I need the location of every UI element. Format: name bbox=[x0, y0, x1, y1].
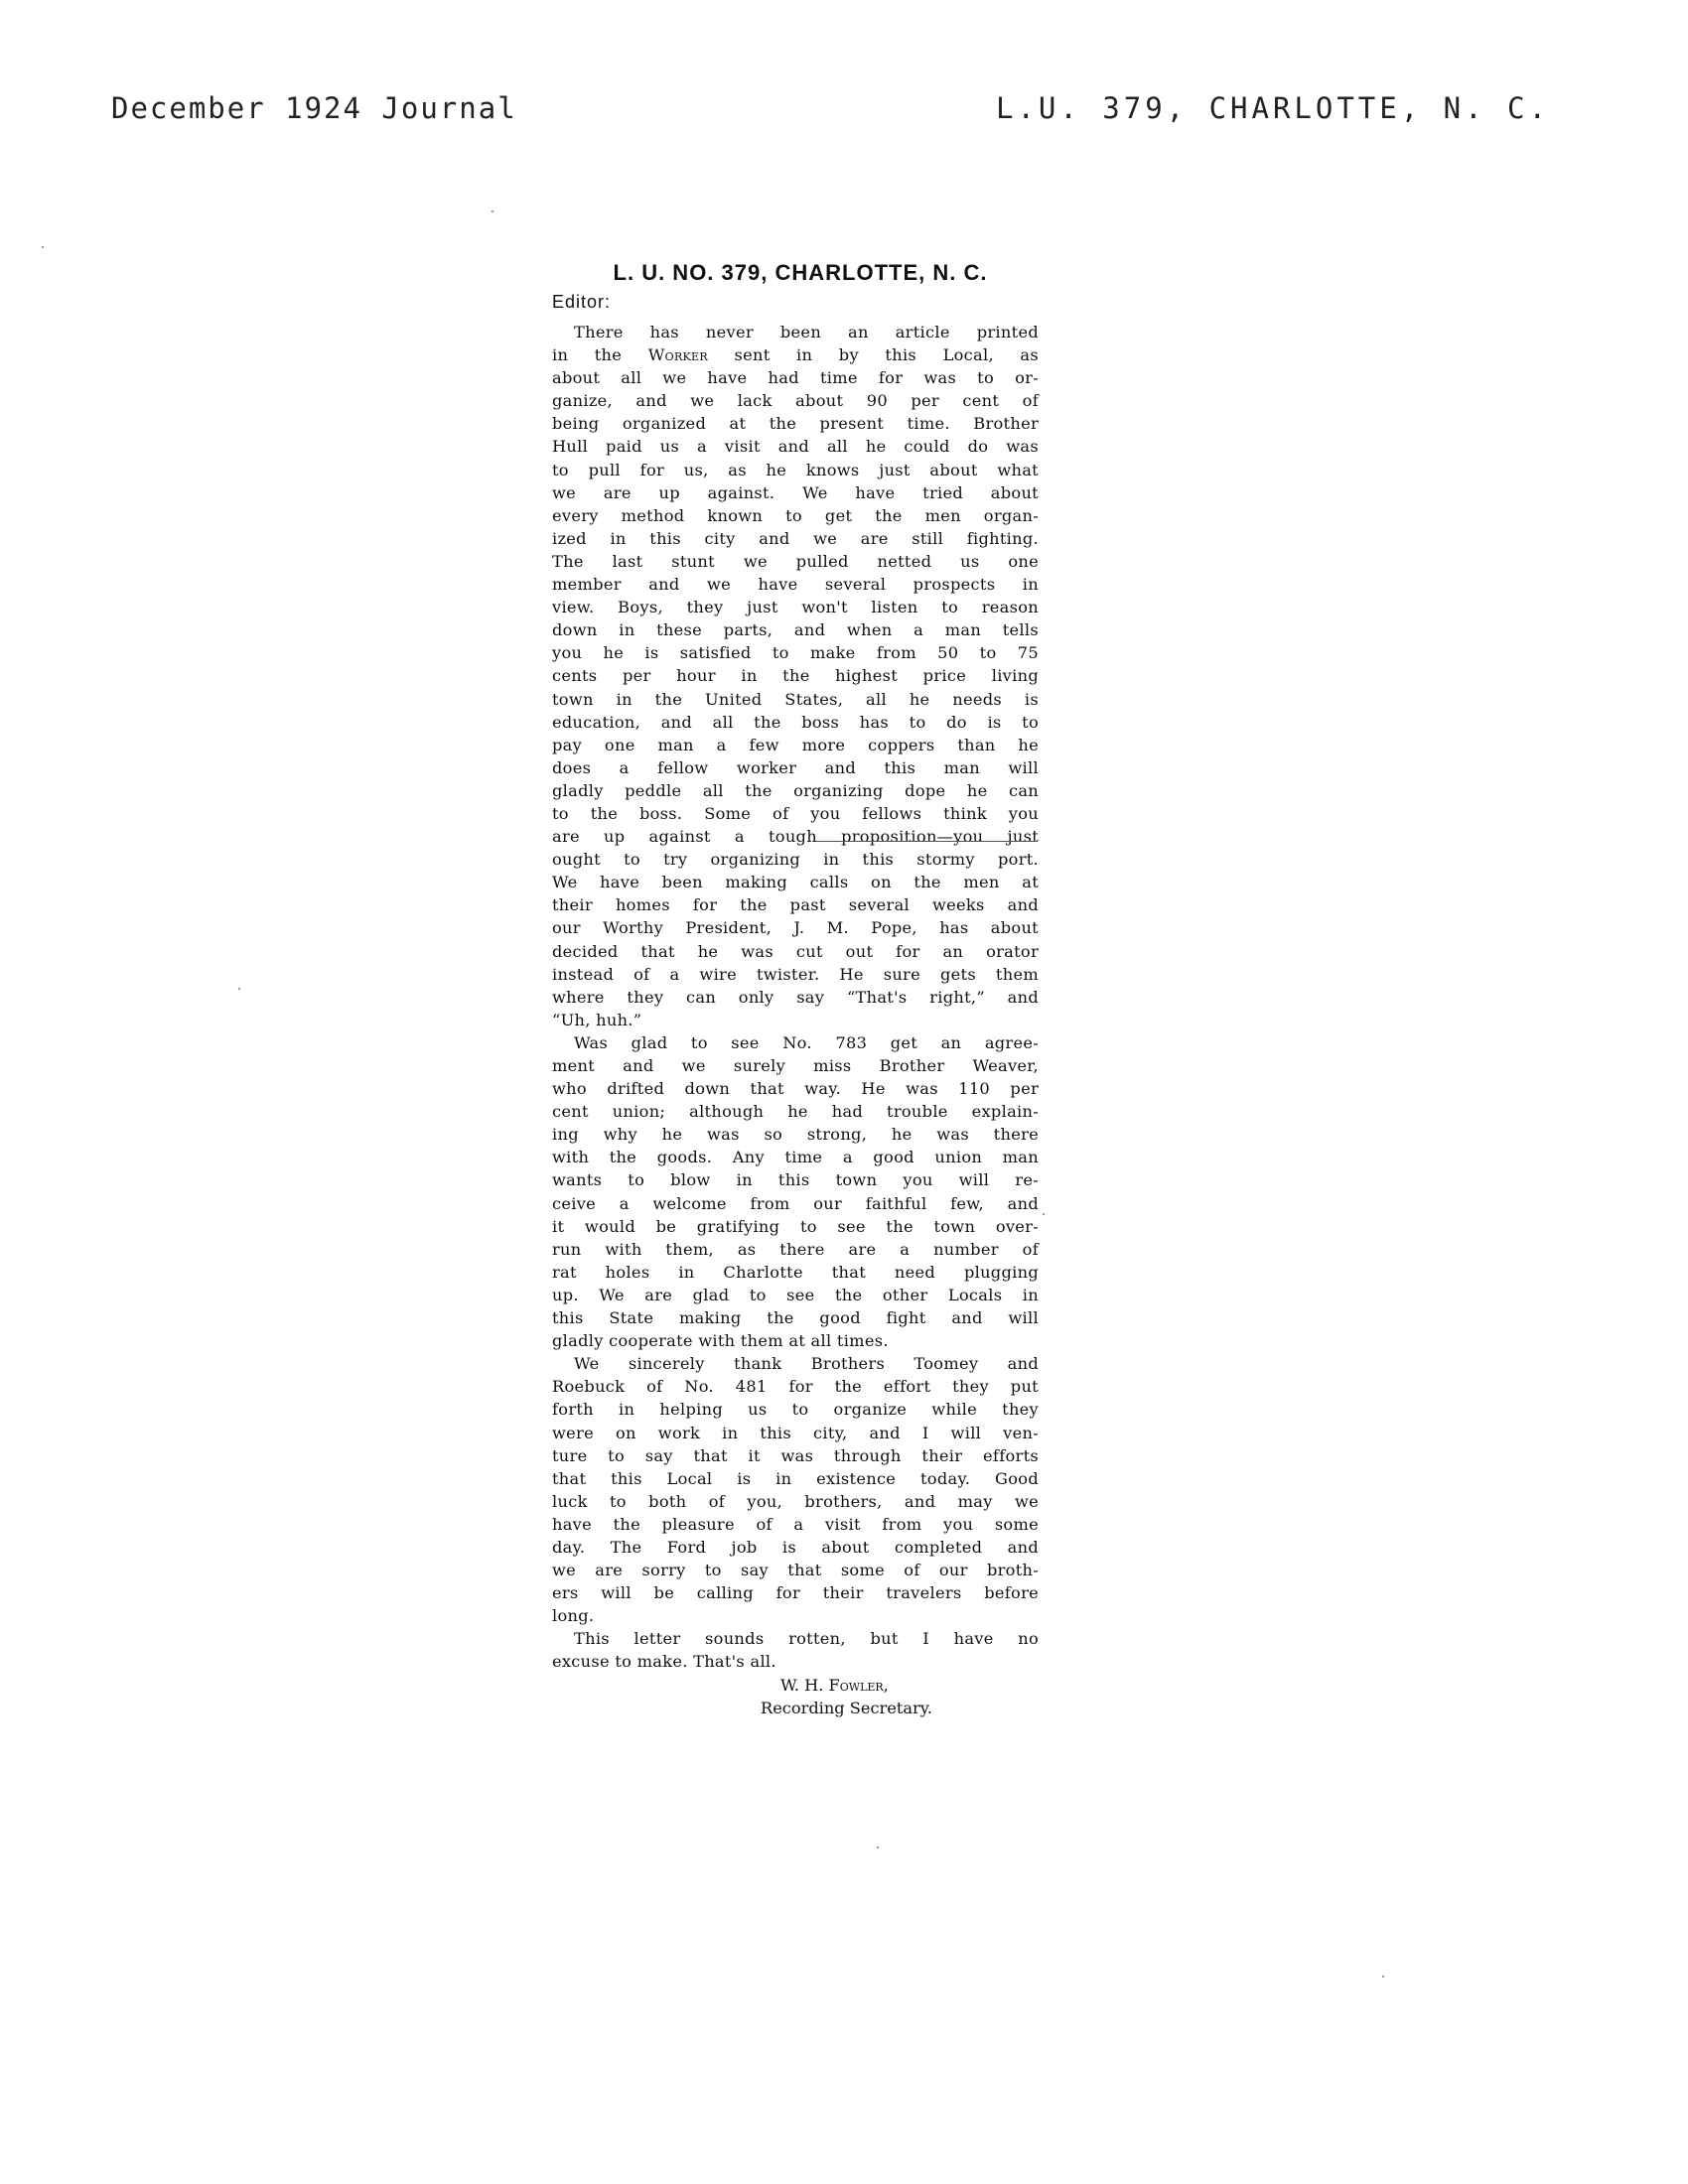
column-rule bbox=[816, 841, 1037, 842]
scan-speck bbox=[238, 988, 240, 990]
scan-speck bbox=[877, 1846, 879, 1848]
article-line: run with them, as there are a number of bbox=[552, 1238, 1039, 1261]
salutation: Editor: bbox=[552, 292, 1039, 313]
article-line: ought to try organizing in this stormy p… bbox=[552, 848, 1039, 871]
article-line: luck to both of you, brothers, and may w… bbox=[552, 1490, 1039, 1513]
scan-speck bbox=[42, 246, 44, 248]
scan-speck bbox=[492, 210, 493, 212]
article-line: rat holes in Charlotte that need pluggin… bbox=[552, 1261, 1039, 1284]
article-line: Was glad to see No. 783 get an agree- bbox=[552, 1031, 1039, 1054]
surname: Fowler bbox=[829, 1676, 884, 1695]
article-line: down in these parts, and when a man tell… bbox=[552, 618, 1039, 641]
article-line: long. bbox=[552, 1604, 1039, 1627]
small-caps-text: Worker bbox=[648, 345, 708, 364]
scan-speck bbox=[1382, 1976, 1384, 1978]
journal-date-header: December 1924 Journal bbox=[111, 91, 517, 125]
article-line: Roebuck of No. 481 for the effort they p… bbox=[552, 1375, 1039, 1398]
article-body: There has never been an article printedi… bbox=[552, 321, 1039, 1674]
article-line: The last stunt we pulled netted us one bbox=[552, 550, 1039, 573]
article-line: We have been making calls on the men at bbox=[552, 871, 1039, 893]
article-line: decided that he was cut out for an orato… bbox=[552, 940, 1039, 963]
article-line: ganize, and we lack about 90 per cent of bbox=[552, 389, 1039, 412]
article-line: We sincerely thank Brothers Toomey and bbox=[552, 1352, 1039, 1375]
article-line: we are sorry to say that some of our bro… bbox=[552, 1559, 1039, 1581]
article-line: member and we have several prospects in bbox=[552, 573, 1039, 596]
article-line: about all we have had time for was to or… bbox=[552, 366, 1039, 389]
article-line: who drifted down that way. He was 110 pe… bbox=[552, 1077, 1039, 1100]
article-line: excuse to make. That's all. bbox=[552, 1650, 1039, 1673]
article-line: in the Worker sent in by this Local, as bbox=[552, 343, 1039, 366]
article-line: does a fellow worker and this man will bbox=[552, 756, 1039, 779]
article-line: ment and we surely miss Brother Weaver, bbox=[552, 1054, 1039, 1077]
article-line: to the boss. Some of you fellows think y… bbox=[552, 802, 1039, 825]
article-line: ture to say that it was through their ef… bbox=[552, 1444, 1039, 1467]
article-line: every method known to get the men organ- bbox=[552, 504, 1039, 527]
article-line: where they can only say “That's right,” … bbox=[552, 986, 1039, 1009]
article-line: education, and all the boss has to do is… bbox=[552, 711, 1039, 734]
signature-name: W. H. Fowler, bbox=[552, 1674, 1039, 1697]
article-line: cents per hour in the highest price livi… bbox=[552, 664, 1039, 687]
article-line: ers will be calling for their travelers … bbox=[552, 1581, 1039, 1604]
article-line: their homes for the past several weeks a… bbox=[552, 893, 1039, 916]
article-line: you he is satisfied to make from 50 to 7… bbox=[552, 641, 1039, 664]
local-union-header: L.U. 379, CHARLOTTE, N. C. bbox=[996, 91, 1550, 125]
article-line: our Worthy President, J. M. Pope, has ab… bbox=[552, 916, 1039, 939]
article: L. U. NO. 379, CHARLOTTE, N. C. Editor: … bbox=[552, 260, 1039, 1719]
article-line: This letter sounds rotten, but I have no bbox=[552, 1627, 1039, 1650]
article-line: gladly cooperate with them at all times. bbox=[552, 1329, 1039, 1352]
article-line: pay one man a few more coppers than he bbox=[552, 734, 1039, 756]
article-line: forth in helping us to organize while th… bbox=[552, 1398, 1039, 1421]
article-line: this State making the good fight and wil… bbox=[552, 1306, 1039, 1329]
article-line: gladly peddle all the organizing dope he… bbox=[552, 779, 1039, 802]
article-line: “Uh, huh.” bbox=[552, 1009, 1039, 1031]
article-line: view. Boys, they just won't listen to re… bbox=[552, 596, 1039, 618]
signature-title: Recording Secretary. bbox=[552, 1697, 1039, 1719]
scan-speck bbox=[1043, 1213, 1045, 1215]
article-line: up. We are glad to see the other Locals … bbox=[552, 1284, 1039, 1306]
article-line: to pull for us, as he knows just about w… bbox=[552, 459, 1039, 481]
article-line: Hull paid us a visit and all he could do… bbox=[552, 435, 1039, 458]
article-line: town in the United States, all he needs … bbox=[552, 688, 1039, 711]
article-line: day. The Ford job is about completed and bbox=[552, 1536, 1039, 1559]
article-line: being organized at the present time. Bro… bbox=[552, 412, 1039, 435]
article-line: that this Local is in existence today. G… bbox=[552, 1467, 1039, 1490]
article-line: are up against a tough proposition—you j… bbox=[552, 825, 1039, 848]
article-line: wants to blow in this town you will re- bbox=[552, 1168, 1039, 1191]
article-line: with the goods. Any time a good union ma… bbox=[552, 1146, 1039, 1168]
article-title: L. U. NO. 379, CHARLOTTE, N. C. bbox=[552, 260, 1039, 286]
article-line: were on work in this city, and I will ve… bbox=[552, 1422, 1039, 1444]
signature-name-text: W. H. Fowler, bbox=[780, 1676, 889, 1695]
article-line: ing why he was so strong, he was there bbox=[552, 1123, 1039, 1146]
article-line: have the pleasure of a visit from you so… bbox=[552, 1513, 1039, 1536]
article-line: cent union; although he had trouble expl… bbox=[552, 1100, 1039, 1123]
article-line: ceive a welcome from our faithful few, a… bbox=[552, 1192, 1039, 1215]
article-line: we are up against. We have tried about bbox=[552, 481, 1039, 504]
article-line: There has never been an article printed bbox=[552, 321, 1039, 343]
article-line: it would be gratifying to see the town o… bbox=[552, 1215, 1039, 1238]
article-line: instead of a wire twister. He sure gets … bbox=[552, 963, 1039, 986]
article-line: ized in this city and we are still fight… bbox=[552, 527, 1039, 550]
